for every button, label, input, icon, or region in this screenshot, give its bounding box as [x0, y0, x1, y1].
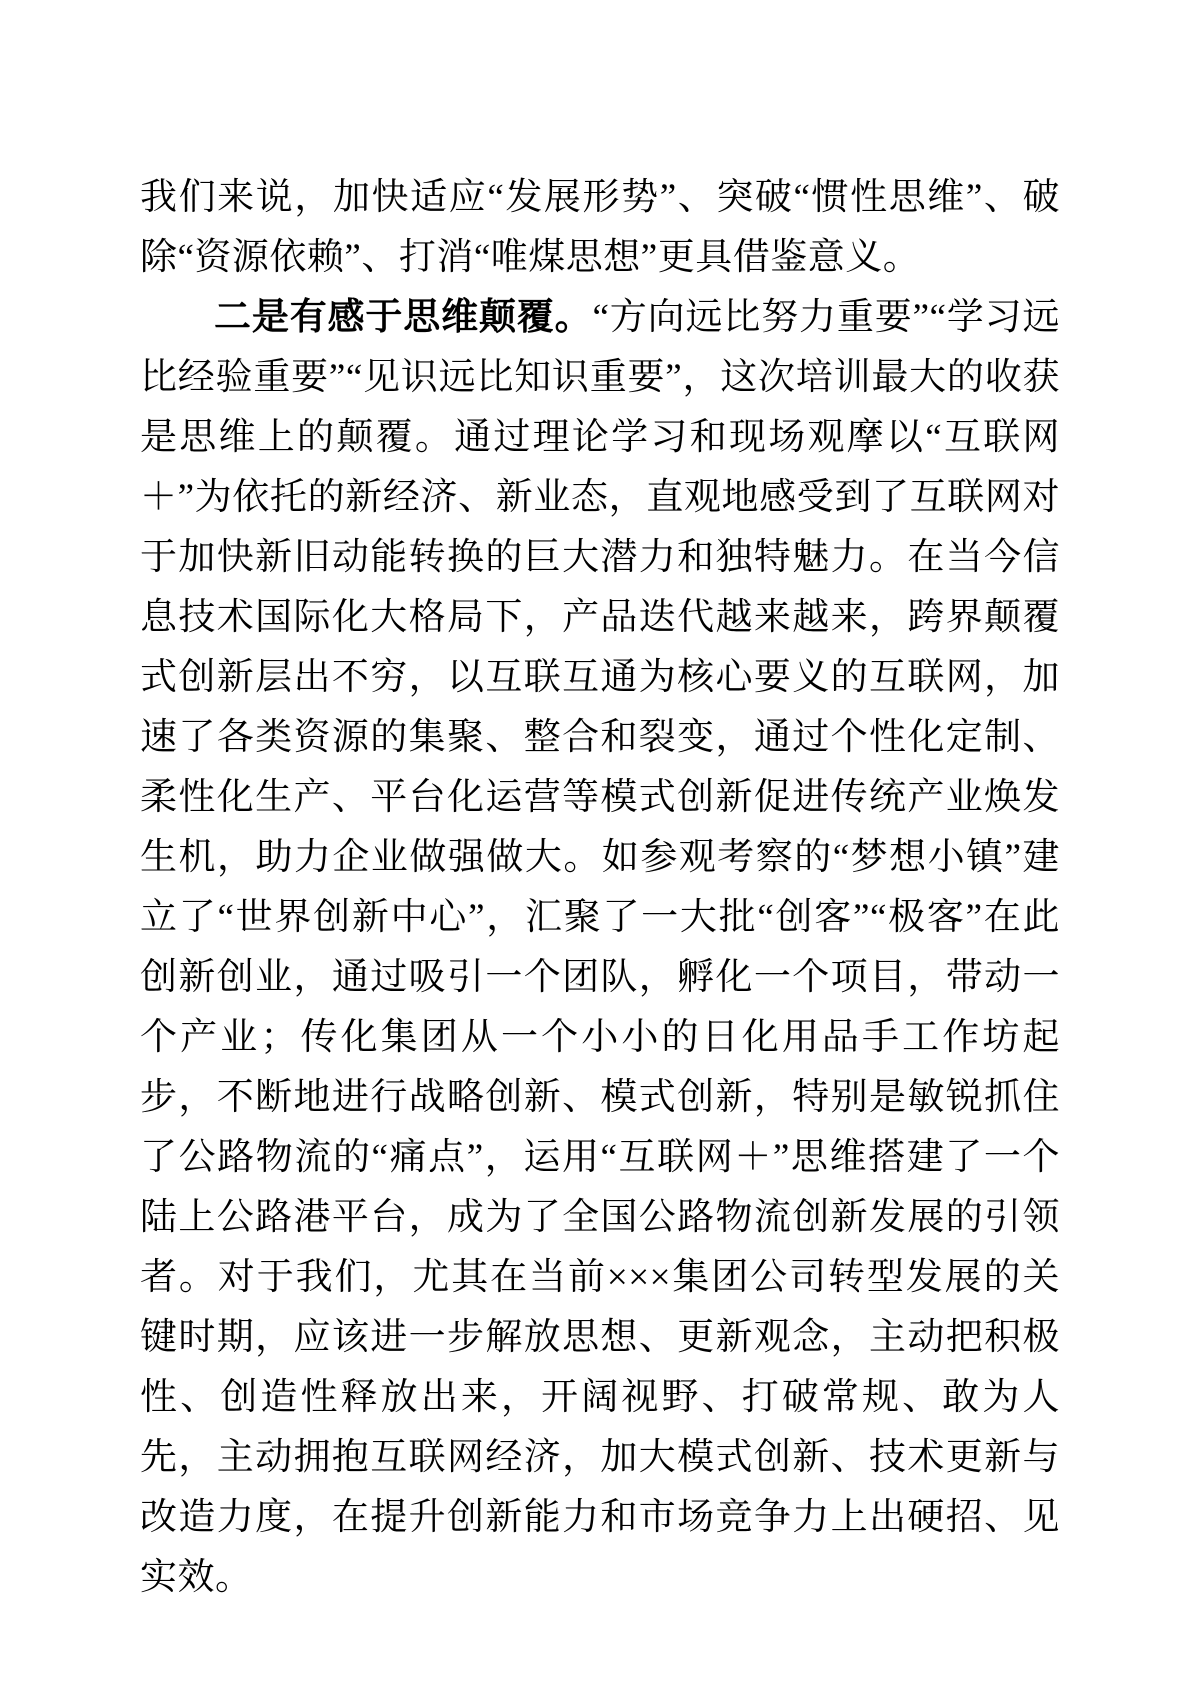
document-page: 我们来说，加快适应“发展形势”、突破“惯性思维”、破除“资源依赖”、打消“唯煤思…: [0, 0, 1190, 1683]
paragraph-second-point-lead: 二是有感于思维颠覆。: [214, 297, 593, 338]
paragraph-second-point: 二是有感于思维颠覆。“方向远比努力重要”“学习远比经验重要”“见识远比知识重要”…: [140, 288, 1060, 1608]
paragraph-continuation-text: 我们来说，加快适应“发展形势”、突破“惯性思维”、破除“资源依赖”、打消“唯煤思…: [140, 177, 1060, 278]
paragraph-second-point-text: “方向远比努力重要”“学习远比经验重要”“见识远比知识重要”，这次培训最大的收获…: [140, 297, 1060, 1598]
document-text-block: 我们来说，加快适应“发展形势”、突破“惯性思维”、破除“资源依赖”、打消“唯煤思…: [140, 168, 1060, 1608]
paragraph-continuation: 我们来说，加快适应“发展形势”、突破“惯性思维”、破除“资源依赖”、打消“唯煤思…: [140, 168, 1060, 288]
